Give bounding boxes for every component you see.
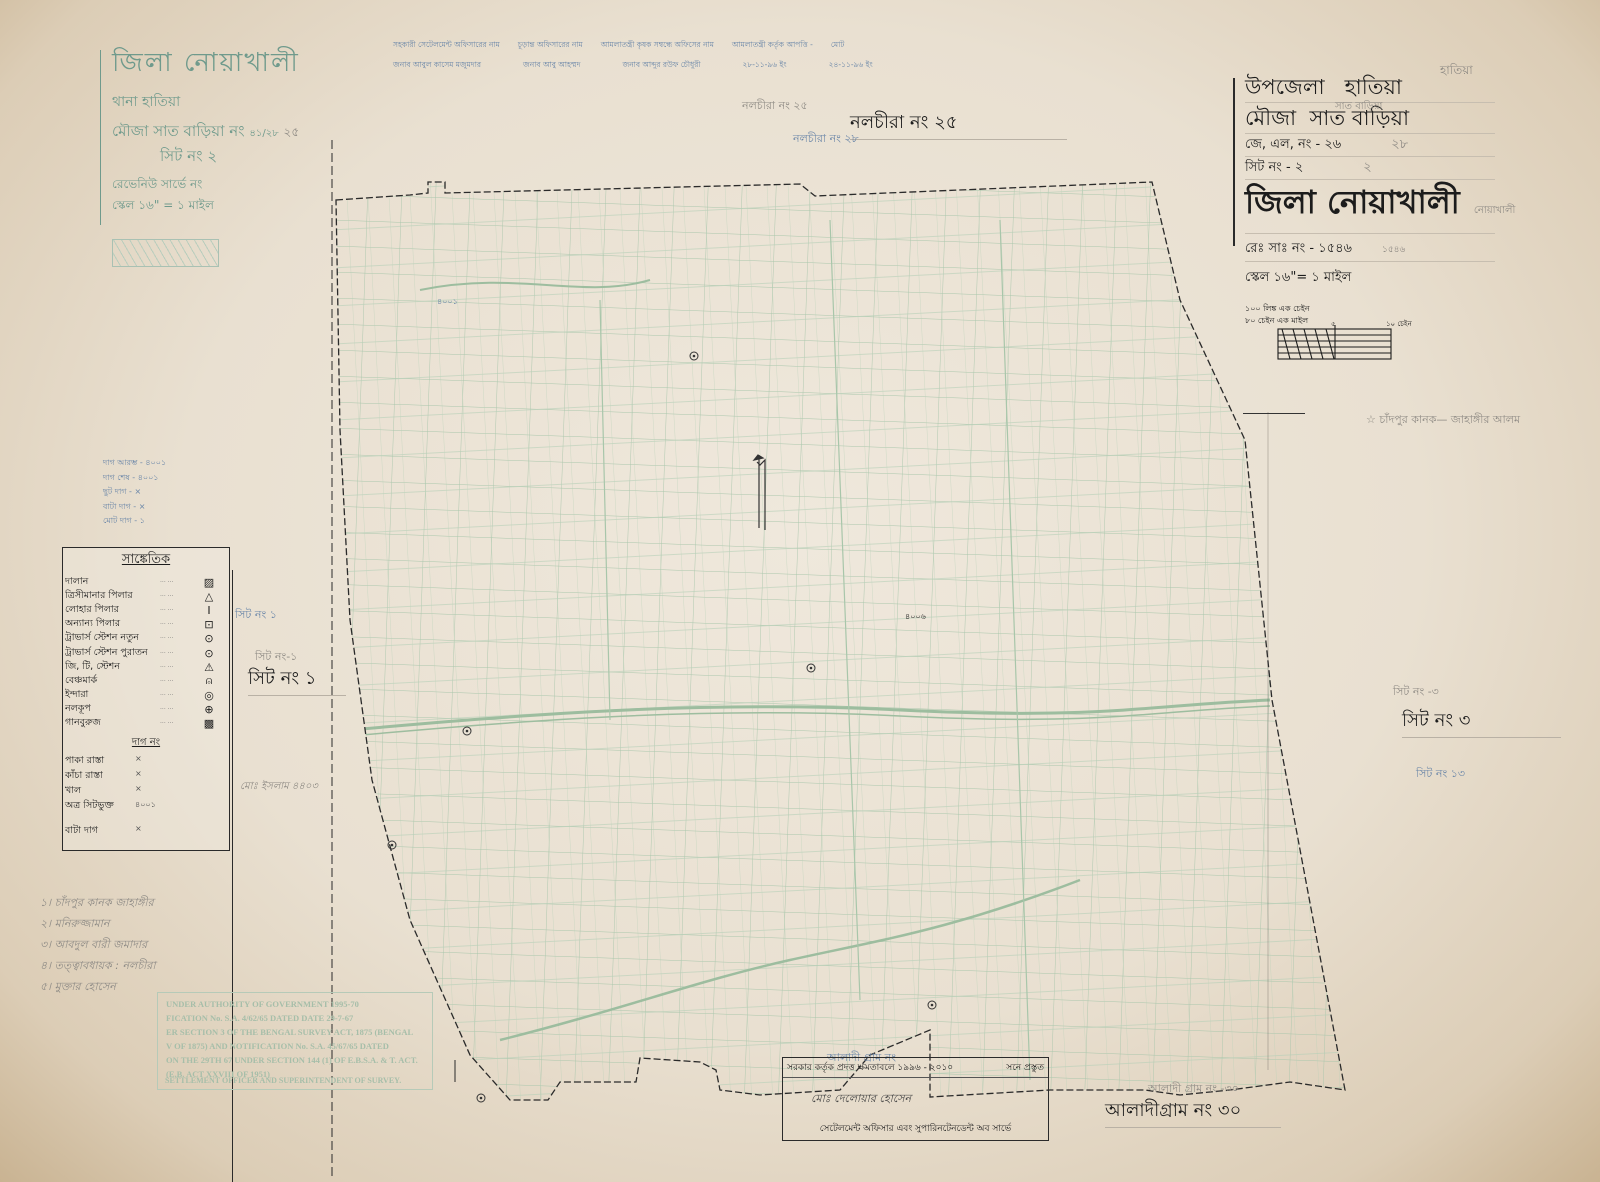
legend-dag-item: খাল× — [63, 784, 229, 799]
legend-title: সাঙ্কেতিক — [63, 550, 229, 571]
old-stamp-footer: SETTLEMENT OFFICER AND SUPERINTENDENT OF… — [165, 1076, 401, 1085]
tubewell-icon: ⊕ — [198, 703, 220, 716]
legend-dag-item: অত্র সিটভুক্ত৪০০১ — [63, 799, 229, 814]
pencil-note: সাত বাড়িয়া — [1335, 99, 1382, 116]
old-sheet: সিট নং ২ — [160, 145, 300, 170]
legend-item: ইন্দারা··· ···◎ — [63, 689, 229, 703]
legend-item: গানবুরুজ··· ···▩ — [63, 717, 229, 731]
legend-item: অন্যান্য পিলার··· ···⊡ — [63, 618, 229, 632]
old-thana: থানা হাতিয়া — [112, 90, 300, 114]
old-title-block: জিলা নোয়াখালী থানা হাতিয়া মৌজা সাত বাড… — [112, 42, 300, 267]
legend-item: লোহার পিলার··· ···I — [63, 603, 229, 617]
sheet-number: সিট নং - ২২ — [1245, 157, 1495, 180]
west-neighbour-old: সিট নং ১ — [235, 606, 277, 625]
trijunction-pillar-icon: △ — [198, 590, 220, 603]
iron-pillar-icon: I — [198, 604, 220, 617]
jl-number: জে, এল, নং - ২৬২৮ — [1245, 134, 1495, 157]
south-neighbour-label: আলাদীগ্রাম নং ৩০ — [1105, 1096, 1281, 1128]
legend-dag-item: পাকা রাস্তা× — [63, 754, 229, 769]
scale-tick: ১০ চেইন — [1386, 318, 1412, 330]
building-icon: ▨ — [198, 576, 220, 589]
benchmark-icon: ⍝ — [198, 674, 220, 688]
mark-note: ☆ চাঁদপুর কানক— জাহাঙ্গীর আলম — [1366, 411, 1520, 430]
scale-bar — [1278, 325, 1391, 359]
legend-dag-item: বাটা দাগ× — [63, 824, 229, 839]
legend-item: ত্রিসীমানার পিলার··· ···△ — [63, 589, 229, 603]
well-icon: ◎ — [198, 689, 220, 702]
legend-item: জি, টি, স্টেশন··· ···⚠ — [63, 660, 229, 674]
north-neighbour-label: নলচীরা নং ২৫ — [850, 108, 1067, 140]
east-neighbour-pencil: সিট নং -৩ — [1393, 683, 1439, 702]
chain-note: ৮০ চেইন এক মাইল — [1245, 315, 1495, 327]
certificate-strip-row1: সহকারী সেটেলমেন্ট অফিসারের নামচূড়ান্ত অ… — [393, 40, 844, 52]
pencil-note: হাতিয়া — [1440, 62, 1473, 82]
plot-number-label: ৪০০৬ — [905, 611, 926, 624]
title-block: হাতিয়া উপজেলা হাতিয়া সাত বাড়িয়া মৌজা… — [1245, 72, 1495, 327]
west-neighbour-label: সিট নং ১ — [248, 664, 346, 696]
pencil-note: ২৫ — [284, 125, 300, 139]
scale-tick: ৫ — [1331, 318, 1336, 330]
map-sheet: ৪০০১ ৪০০৬ মোঃ ইসলাম ৪৪০৩ জিলা নোয়াখালী … — [0, 0, 1600, 1182]
legend-item: ট্রাভার্স স্টেশন পুরাতন··· ···⊙ — [63, 646, 229, 660]
old-mouza-no: ৪১/২৮ — [249, 128, 278, 139]
certificate-strip-row2: জনাব আবুল কাসেম মজুমদারজনাব আবু আহম্মদজন… — [393, 60, 873, 72]
traverse-station-new-icon: ⊙ — [198, 632, 220, 645]
old-mouza: সাত বাড়িয়া নং — [153, 122, 244, 140]
traverse-station-old-icon: ⊙ — [198, 647, 220, 660]
certificate-office: সেটেলমেন্ট অফিসার এবং সুপারিনটেনডেন্ট অব… — [783, 1121, 1048, 1136]
legend-dag-title: দাগ নং — [63, 735, 229, 752]
old-scale: স্কেল ১৬" = ১ মাইল — [112, 197, 300, 217]
pencil-note: মোঃ ইসলাম ৪৪০৩ — [240, 779, 318, 796]
chain-note: ১০০ লিঙ্ক এক চেইন — [1245, 303, 1495, 315]
legend-item: ট্রাভার্স স্টেশন নতুন··· ···⊙ — [63, 632, 229, 646]
gt-station-icon: ⚠ — [198, 661, 220, 674]
upazila-name: হাতিয়া — [1345, 75, 1402, 99]
legend: সাঙ্কেতিক দালান··· ···▨ ত্রিসীমানার পিলা… — [62, 547, 230, 851]
east-neighbour-old: সিট নং ১৩ — [1416, 765, 1465, 784]
old-scale-bar — [112, 239, 219, 267]
map-scale: স্কেল ১৬"= ১ মাইল — [1245, 268, 1495, 289]
east-neighbour-label: সিট নং ৩ — [1402, 706, 1561, 738]
plot-summary: দাগ আরম্ভ - ৪০০১ দাগ শেষ - ৪০০১ ছুট দাগ … — [103, 456, 166, 529]
divider — [1243, 413, 1305, 414]
legend-item: বেঞ্চমার্ক··· ···⍝ — [63, 674, 229, 688]
old-district: জিলা নোয়াখালী — [112, 42, 300, 86]
legend-dag-item: কাঁচা রাস্তা× — [63, 769, 229, 784]
signature: মোঃ দেলোয়ার হোসেন — [783, 1078, 1048, 1109]
gun-tower-icon: ▩ — [198, 717, 220, 730]
sheet-border-line — [232, 570, 233, 1182]
district-name: জিলা নোয়াখালীনোয়াখালী — [1245, 180, 1495, 234]
certificate-box: সরকার কর্তৃক প্রদত্ত ক্ষমতাবলে ১৯৯৬ - ২০… — [782, 1057, 1049, 1141]
certificate-authority: সরকার কর্তৃক প্রদত্ত ক্ষমতাবলে ১৯৯৬ - ২০… — [787, 1060, 953, 1075]
pencil-notes: ১। চাঁদপুর কানক জাহাঙ্গীর ২। মনিরুজ্জামা… — [40, 892, 156, 997]
other-pillar-icon: ⊡ — [198, 618, 220, 631]
old-revenue: রেভেনিউ সার্ভে নং — [112, 176, 300, 196]
north-neighbour-old: নলচীরা নং ২৮ — [793, 130, 859, 149]
legend-item: নলকূপ··· ···⊕ — [63, 703, 229, 717]
rs-number: রেঃ সাঃ নং - ১৫৪৬১৫৪৬ — [1245, 238, 1495, 262]
legend-item: দালান··· ···▨ — [63, 575, 229, 589]
certificate-prepared: সনে প্রস্তুত — [1006, 1060, 1044, 1075]
old-mouza-label: মৌজা — [112, 122, 148, 140]
plot-number-label: ৪০০১ — [437, 296, 458, 309]
north-neighbour-pencil: নলচীরা নং ২৫ — [742, 97, 808, 116]
